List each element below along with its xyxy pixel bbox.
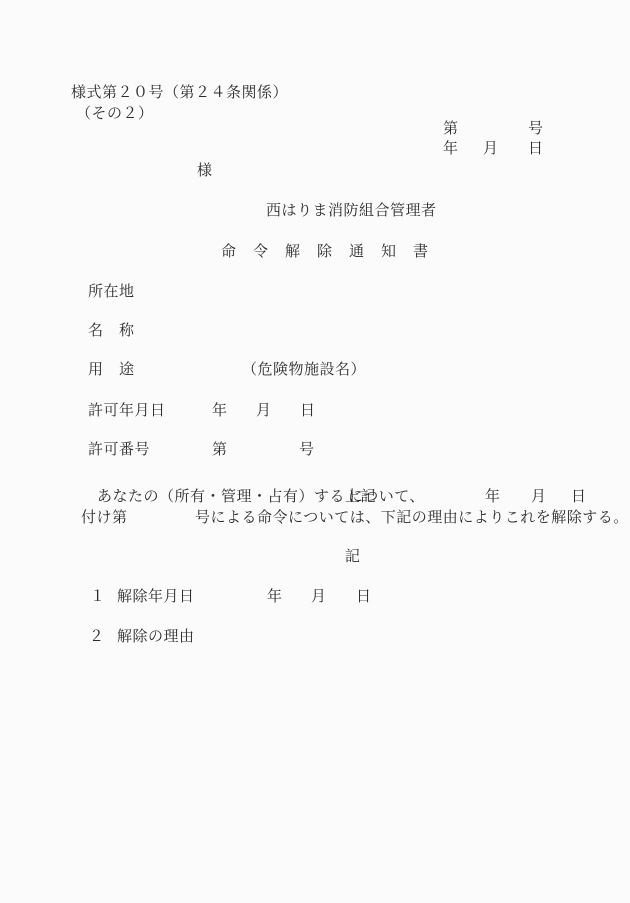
permit-number-suffix-label: 号 [299,442,315,458]
doc-number-suffix-label: 号 [528,121,544,137]
body-line1-day-label: 日 [571,489,587,505]
issuer-name: 西はりま消防組合管理者 [266,203,437,219]
name-label: 名 称 [88,323,135,339]
body-line2-prefix: 付け第 [81,510,128,526]
item1-number: １ [90,589,106,605]
issue-date-month-label: 月 [483,141,499,157]
permit-date-year-label: 年 [212,403,228,419]
issue-date-year-label: 年 [443,141,459,157]
issue-date-day-label: 日 [528,141,544,157]
body-line1-month-label: 月 [531,489,547,505]
body-line2-rest: 号による命令については、下記の理由によりこれを解除する。 [195,510,629,526]
use-note: （危険物施設名） [242,362,366,378]
body-line1-cont: について、 [348,489,425,505]
item1-year-label: 年 [267,589,283,605]
doc-number-prefix-label: 第 [443,121,459,137]
permit-date-day-label: 日 [300,403,316,419]
body-line1-text: あなたの（所有・管理・占有）する上記 [97,489,376,505]
body-line1-year-label: 年 [485,489,501,505]
addressee-suffix: 様 [197,163,213,179]
item2-label: 解除の理由 [117,629,195,645]
item2-number: ２ [89,629,105,645]
document-page: 様式第２０号（第２４条関係） （その２） 第 号 年 月 日 様 西はりま消防組… [0,0,630,903]
item1-label: 解除年月日 [117,589,195,605]
form-subnumber: （その２） [76,106,154,122]
form-number: 様式第２０号（第２４条関係） [71,85,288,101]
item1-month-label: 月 [311,589,327,605]
permit-number-prefix-label: 第 [212,442,228,458]
item1-day-label: 日 [356,589,372,605]
permit-date-label: 許可年月日 [88,403,166,419]
use-label: 用 途 [88,362,135,378]
record-heading: 記 [345,549,361,565]
permit-number-label: 許可番号 [88,442,150,458]
permit-date-month-label: 月 [256,403,272,419]
document-title: 命令解除通知書 [221,244,445,260]
location-label: 所在地 [88,284,135,300]
